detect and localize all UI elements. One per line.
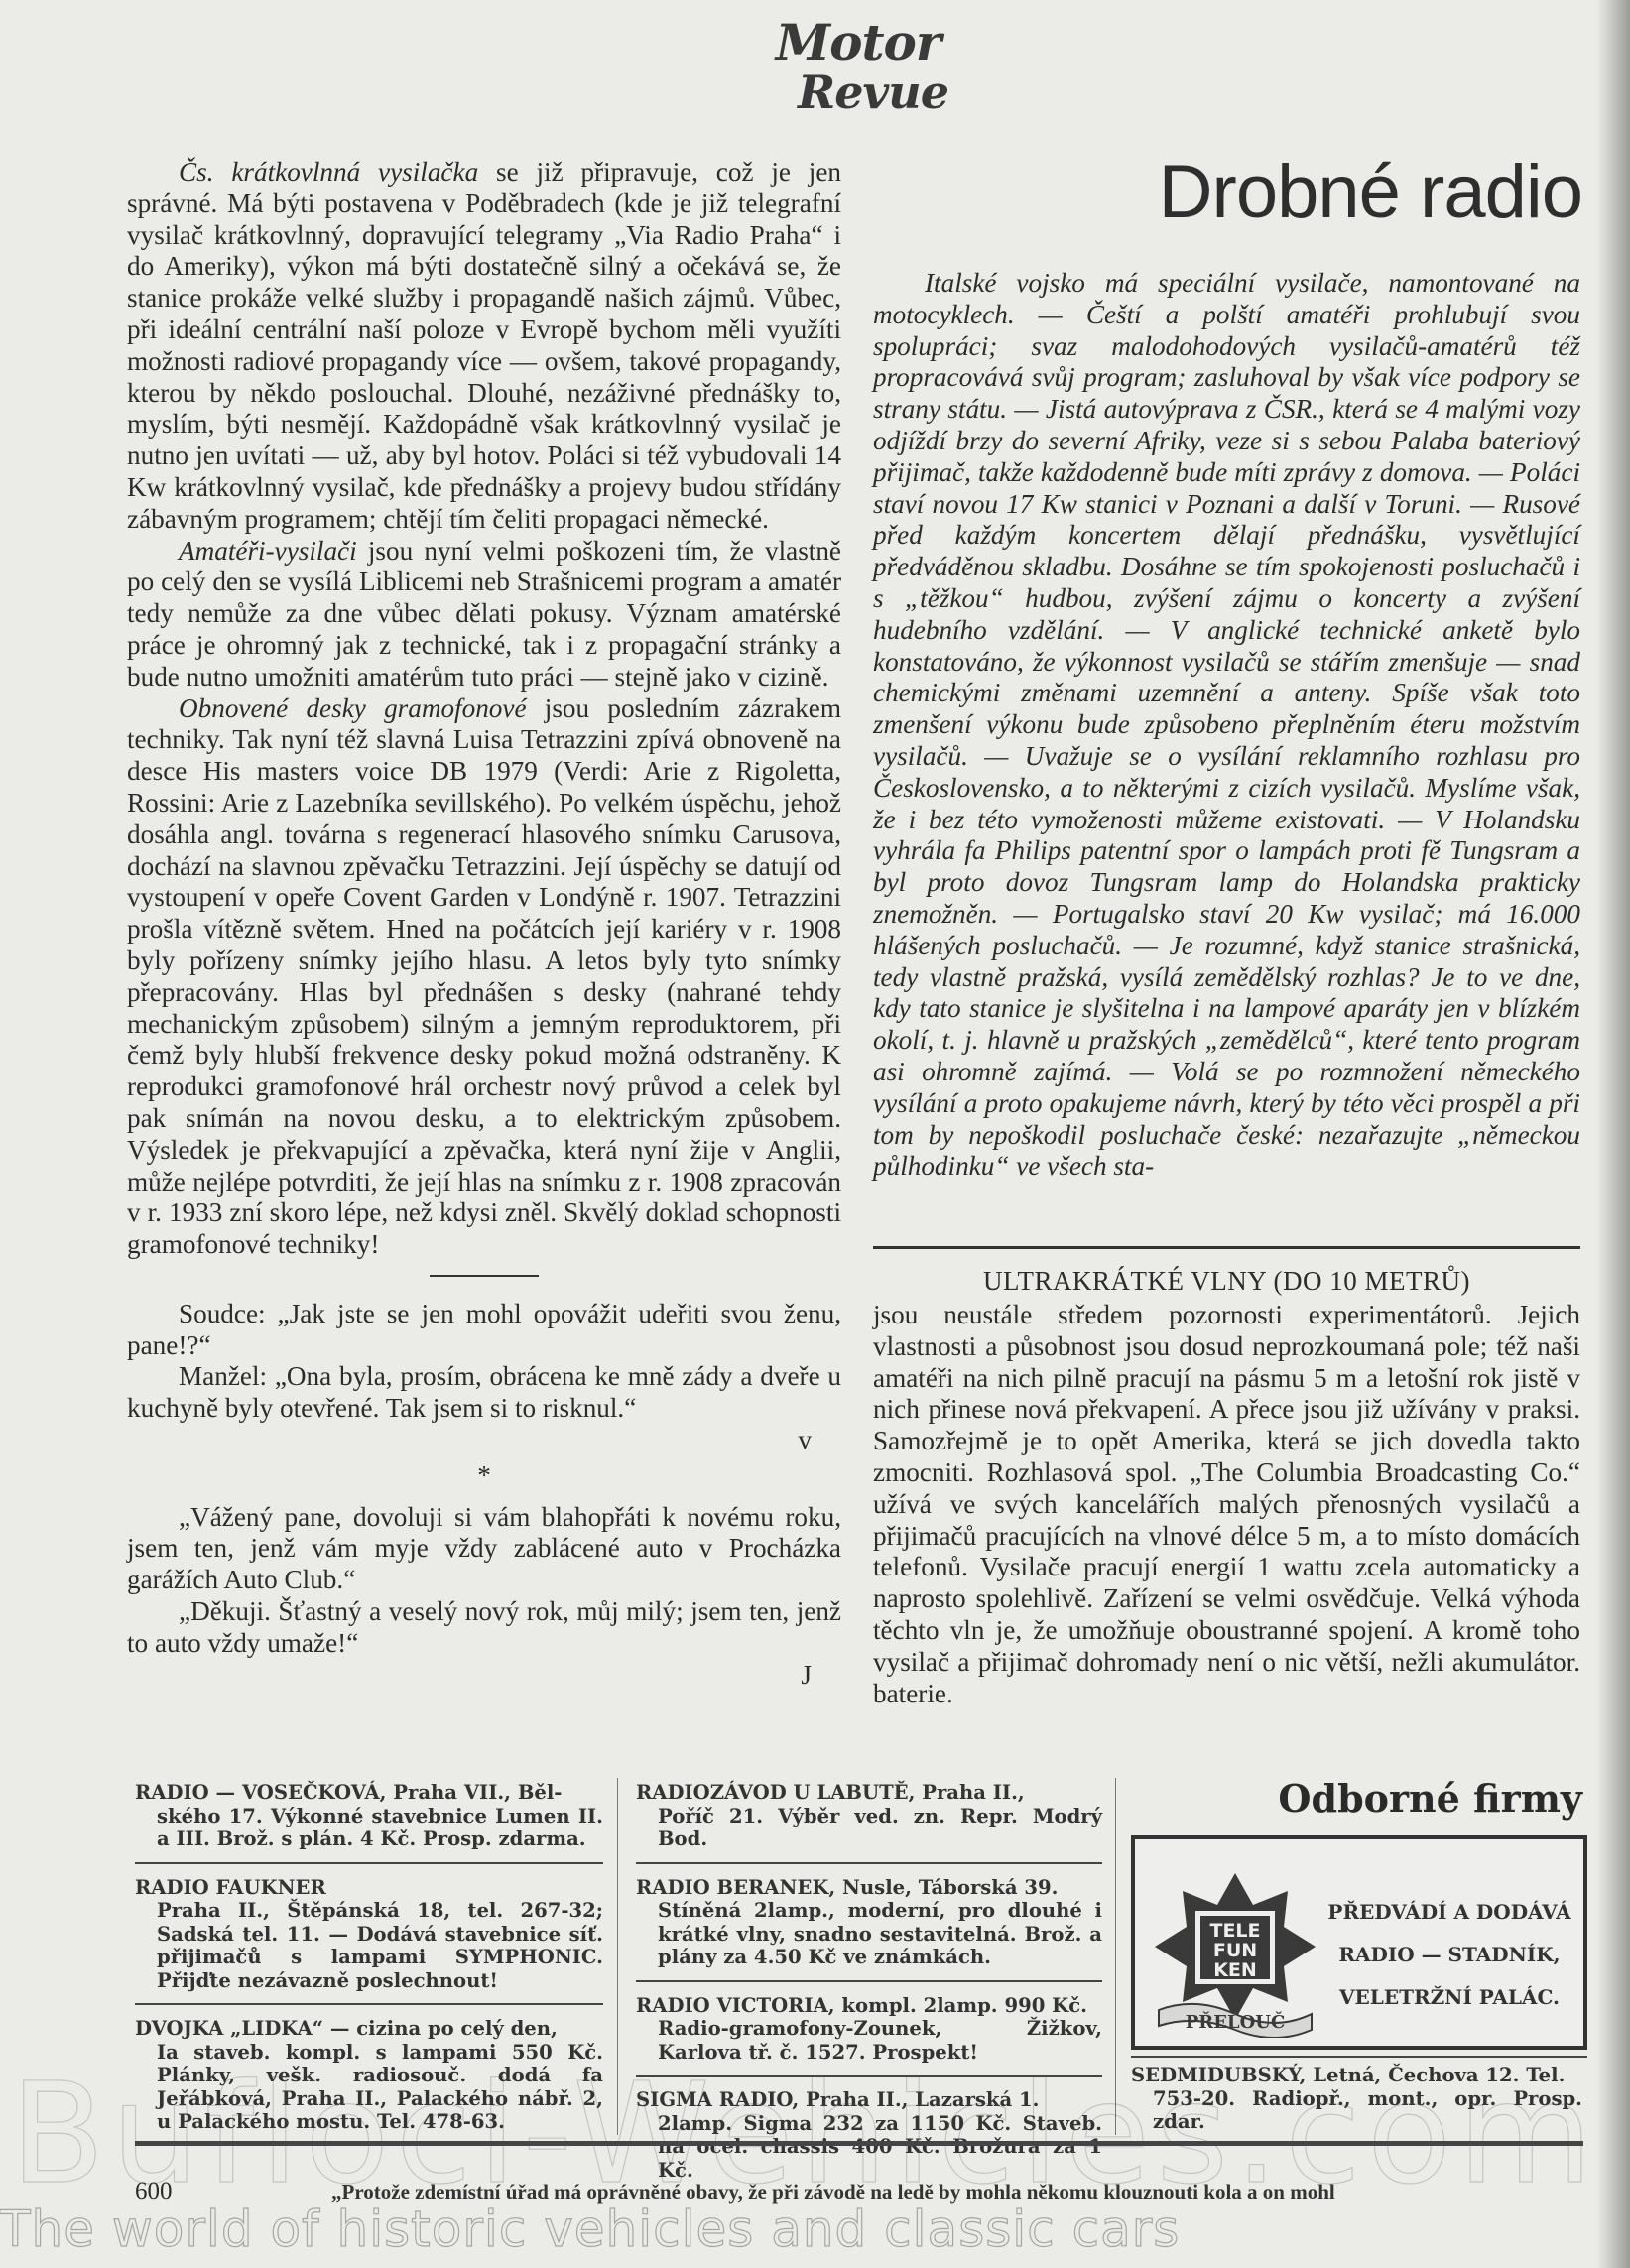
joke2-signature: J bbox=[127, 1660, 841, 1692]
lead-shortwave: Čs. krátkovlnná vysilačka bbox=[179, 157, 478, 187]
right-column-rule bbox=[873, 1246, 1580, 1249]
telefunken-ad-text: PŘEDVÁDÍ A DODÁVÁ RADIO — STADNÍK, VELET… bbox=[1316, 1891, 1583, 2019]
paragraph-shortwave: Čs. krátkovlnná vysilačka se již připrav… bbox=[127, 157, 841, 536]
ad-beranek: RADIO BERANEK, Nusle, Táborská 39. Stíně… bbox=[636, 1876, 1102, 1969]
ultrashort-body: jsou neustále středem pozornosti experim… bbox=[873, 1300, 1580, 1709]
joke1-signature: v bbox=[127, 1425, 841, 1456]
ads-section-title: Odborné firmy bbox=[1131, 1776, 1582, 1821]
ad-divider bbox=[135, 1862, 603, 1864]
telefunken-star-logo-icon: TELE FUN KEN PŘELOUČ bbox=[1151, 1869, 1319, 2038]
svg-text:KEN: KEN bbox=[1213, 1959, 1257, 1981]
ad-voseckova: RADIO — VOSEČKOVÁ, Praha VII., Běl- skéh… bbox=[135, 1781, 603, 1851]
headline-drobne-radio: Drobné radio bbox=[1091, 149, 1582, 235]
ad-divider bbox=[135, 2003, 603, 2005]
joke1-line2: Manžel: „Ona byla, prosím, obrácena ke m… bbox=[127, 1361, 841, 1425]
paragraph-amateurs: Amatéři-vysilači jsou nyní velmi poškoze… bbox=[127, 536, 841, 693]
radio-news-column: Italské vojsko má speciální vysilače, na… bbox=[873, 268, 1580, 1183]
masthead-line1: Motor bbox=[754, 18, 962, 67]
ultrashort-text: jsou neustále středem pozornosti experim… bbox=[873, 1300, 1580, 1709]
radio-news-text: Italské vojsko má speciální vysilače, na… bbox=[873, 268, 1580, 1183]
lead-amateurs: Amatéři-vysilači bbox=[179, 536, 357, 566]
joke1-line1: Soudce: „Jak jste se jen mohl opovážit u… bbox=[127, 1299, 841, 1362]
ad-labute: RADIOZÁVOD U LABUTĚ, Praha II., Poříč 21… bbox=[636, 1781, 1102, 1851]
masthead-line2: Revue bbox=[784, 67, 962, 117]
svg-text:FUN: FUN bbox=[1213, 1940, 1257, 1961]
lead-records: Obnovené desky gramofonové bbox=[179, 693, 527, 723]
telefunken-ad-box: TELE FUN KEN PŘELOUČ PŘEDVÁDÍ A DODÁVÁ R… bbox=[1131, 1835, 1587, 2050]
joke2-line1: „Vážený pane, dovoluji si vám blahopřáti… bbox=[127, 1502, 841, 1596]
page-binding-shadow bbox=[1596, 0, 1630, 2268]
left-column: Čs. krátkovlnná vysilačka se již připrav… bbox=[127, 157, 841, 1691]
ad-divider bbox=[636, 1980, 1102, 1982]
masthead-logo: Motor Revue bbox=[764, 18, 962, 122]
joke2-line2: „Děkuji. Šťastný a veselý nový rok, můj … bbox=[127, 1596, 841, 1660]
section-title-ultrashort: ULTRAKRÁTKÉ VLNY (DO 10 METRŮ) bbox=[873, 1266, 1580, 1297]
magazine-page: Motor Revue Čs. krátkovlnná vysilačka se… bbox=[0, 0, 1630, 2268]
asterisk-separator: * bbox=[127, 1460, 841, 1492]
ad-faukner: RADIO FAUKNER Praha II., Štěpánská 18, t… bbox=[135, 1876, 603, 1993]
watermark-tagline: The world of historic vehicles and class… bbox=[0, 2201, 1180, 2258]
paragraph-records: Obnovené desky gramofonové jsou poslední… bbox=[127, 693, 841, 1261]
svg-text:TELE: TELE bbox=[1209, 1920, 1260, 1942]
section-divider bbox=[430, 1275, 539, 1277]
svg-text:PŘELOUČ: PŘELOUČ bbox=[1186, 2010, 1286, 2033]
ad-divider bbox=[636, 1862, 1102, 1864]
